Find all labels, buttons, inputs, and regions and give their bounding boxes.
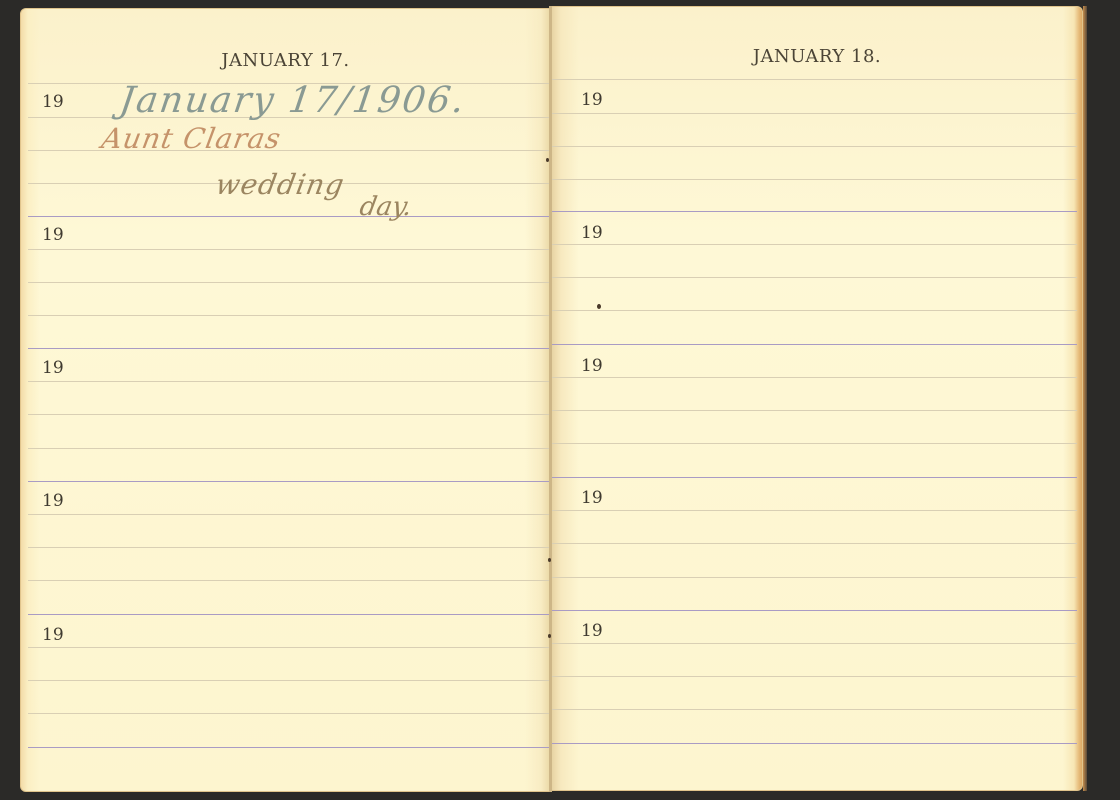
ink-spot (597, 304, 601, 309)
ruled-line (28, 381, 551, 382)
ruled-line (551, 643, 1077, 644)
ruled-line (28, 249, 551, 250)
ruled-line (551, 377, 1077, 378)
ruled-line (28, 514, 551, 515)
year-label: 19 (42, 625, 64, 645)
year-label: 19 (42, 225, 64, 245)
ruled-line (551, 676, 1077, 677)
ruled-line (551, 179, 1077, 180)
ruled-line (551, 543, 1077, 544)
year-label: 19 (42, 358, 64, 378)
year-label: 19 (42, 92, 64, 112)
section-divider (551, 344, 1077, 345)
handwritten-note: day. (357, 192, 414, 222)
ruled-line (28, 713, 551, 714)
right-page: JANUARY 18. 19 19 19 19 19 (551, 6, 1083, 791)
section-divider (28, 216, 551, 217)
section-divider (551, 211, 1077, 212)
ruled-line (28, 547, 551, 548)
ruled-line (28, 282, 551, 283)
section-divider (28, 481, 551, 482)
binding-gutter (549, 6, 552, 792)
handwritten-note: wedding (213, 168, 347, 201)
page-edge (1083, 6, 1087, 791)
year-label: 19 (581, 356, 603, 376)
year-label: 19 (581, 621, 603, 641)
section-divider (551, 477, 1077, 478)
section-divider (551, 743, 1077, 744)
ruled-line (551, 410, 1077, 411)
left-page: JANUARY 17. 19 19 19 19 19 January 17/19… (20, 8, 551, 792)
ruled-line (28, 315, 551, 316)
section-divider (551, 610, 1077, 611)
ruled-line (28, 448, 551, 449)
header-rule (551, 79, 1077, 80)
year-label: 19 (581, 223, 603, 243)
ruled-line (551, 244, 1077, 245)
diary-spread: JANUARY 17. 19 19 19 19 19 January 17/19… (0, 0, 1120, 800)
ruled-line (551, 443, 1077, 444)
binding-stitch (548, 558, 551, 562)
ruled-line (28, 647, 551, 648)
ruled-line (551, 709, 1077, 710)
year-label: 19 (581, 90, 603, 110)
ruled-line (28, 414, 551, 415)
ruled-line (28, 680, 551, 681)
section-divider (28, 348, 551, 349)
ruled-line (551, 113, 1077, 114)
ruled-line (551, 277, 1077, 278)
ruled-line (551, 146, 1077, 147)
binding-stitch (546, 158, 549, 162)
ruled-line (551, 510, 1077, 511)
section-divider (28, 614, 551, 615)
year-label: 19 (42, 491, 64, 511)
section-divider (28, 747, 551, 748)
handwritten-note: Aunt Claras (99, 122, 284, 155)
ruled-line (551, 310, 1077, 311)
left-page-title: JANUARY 17. (20, 50, 551, 71)
binding-stitch (548, 634, 551, 638)
ruled-line (551, 577, 1077, 578)
ruled-line (28, 580, 551, 581)
handwritten-date: January 17/1906. (117, 80, 468, 121)
year-label: 19 (581, 488, 603, 508)
right-page-title: JANUARY 18. (551, 46, 1083, 67)
